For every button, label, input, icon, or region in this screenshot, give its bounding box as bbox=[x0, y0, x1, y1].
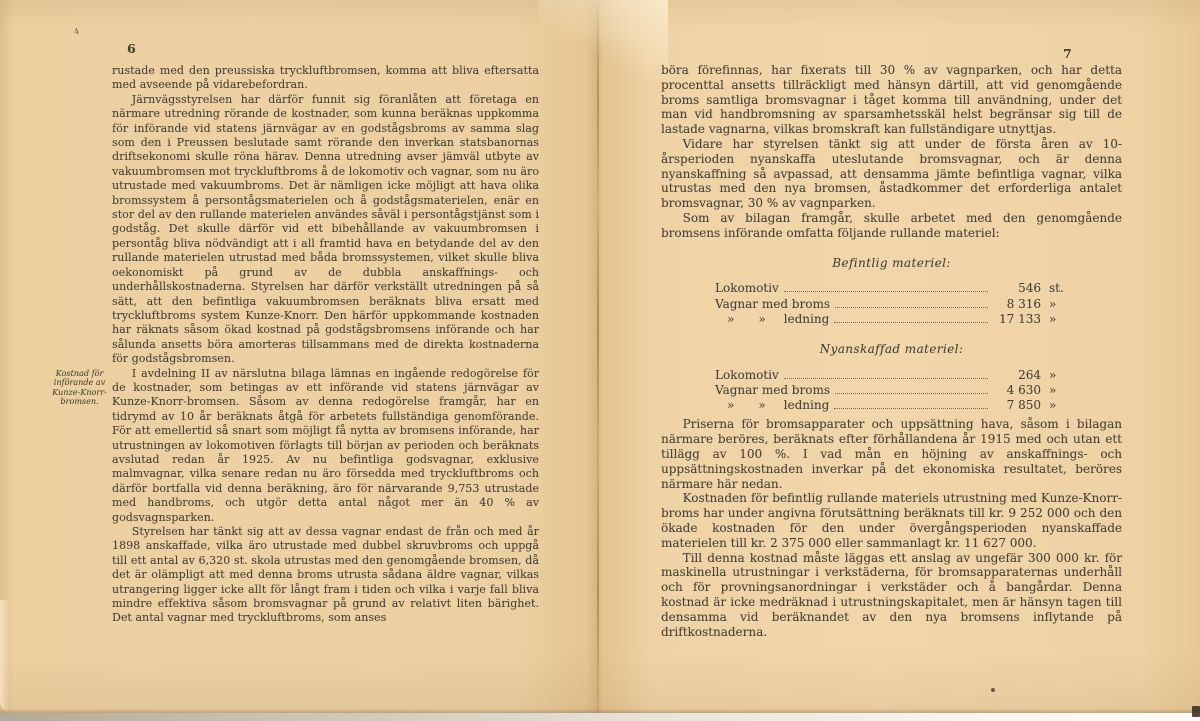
dot-leader bbox=[834, 408, 988, 409]
row-label: » » ledning bbox=[715, 312, 829, 327]
gutter-crease bbox=[597, 0, 599, 721]
table-row: Vagnar med broms 4 630 » bbox=[715, 383, 1071, 398]
page-left-text-column: rustade med den preussiska tryckluftbrom… bbox=[112, 64, 539, 626]
paragraph: Vidare har styrelsen tänkt sig att under… bbox=[661, 137, 1122, 211]
row-value: 264 bbox=[993, 368, 1041, 383]
ink-speck bbox=[991, 688, 995, 692]
paragraph: Som av bilagan framgår, skulle arbetet m… bbox=[661, 211, 1122, 241]
page-edge-highlight bbox=[0, 600, 10, 712]
row-value: 8 316 bbox=[993, 297, 1041, 312]
paragraph: böra förefinnas, har fixerats till 30 % … bbox=[661, 63, 1122, 137]
dot-leader bbox=[784, 291, 988, 292]
page-curl-highlight bbox=[538, 0, 668, 100]
paragraph: Kostnaden för befintlig rullande materie… bbox=[661, 491, 1122, 550]
row-label: Lokomotiv bbox=[715, 368, 779, 383]
row-unit: » bbox=[1049, 312, 1071, 327]
table-row: Vagnar med broms 8 316 » bbox=[715, 297, 1071, 312]
row-label: Lokomotiv bbox=[715, 281, 779, 296]
dot-leader bbox=[835, 393, 988, 394]
margin-note: Kostnad för införande av Kunze-Knorr-bro… bbox=[52, 369, 107, 407]
paragraph-text: I avdelning II av närslutna bilaga lämna… bbox=[112, 367, 539, 524]
row-value: 7 850 bbox=[993, 398, 1041, 413]
pencil-mark: 4 bbox=[73, 27, 80, 37]
table-heading-befintlig: Befintlig materiel: bbox=[661, 256, 1122, 271]
row-label: Vagnar med broms bbox=[715, 297, 830, 312]
table-row: » » ledning 17 133 » bbox=[715, 312, 1071, 327]
paragraph: Styrelsen har tänkt sig att av dessa vag… bbox=[112, 525, 539, 626]
row-unit: st. bbox=[1049, 281, 1071, 296]
book-spread: 4 6 7 rustade med den preussiska trycklu… bbox=[0, 0, 1200, 721]
paragraph: Till denna kostnad måste läggas ett ansl… bbox=[661, 551, 1122, 640]
table-befintlig: Lokomotiv 546 st. Vagnar med broms 8 316… bbox=[715, 281, 1071, 327]
table-nyanskaffad: Lokomotiv 264 » Vagnar med broms 4 630 »… bbox=[715, 368, 1071, 414]
row-unit: » bbox=[1049, 368, 1071, 383]
row-unit: » bbox=[1049, 383, 1071, 398]
paragraph: rustade med den preussiska tryckluftbrom… bbox=[112, 64, 539, 93]
materiel-tables: Befintlig materiel: Lokomotiv 546 st. Va… bbox=[661, 256, 1122, 414]
scan-bottom-edge bbox=[0, 713, 1200, 721]
page-number-left: 6 bbox=[127, 41, 136, 56]
table-row: Lokomotiv 546 st. bbox=[715, 281, 1071, 296]
table-heading-nyanskaffad: Nyanskaffad materiel: bbox=[661, 342, 1122, 357]
dot-leader bbox=[835, 307, 988, 308]
row-unit: » bbox=[1049, 398, 1071, 413]
row-value: 546 bbox=[993, 281, 1041, 296]
table-row: Lokomotiv 264 » bbox=[715, 368, 1071, 383]
table-row: » » ledning 7 850 » bbox=[715, 398, 1071, 413]
page-number-right: 7 bbox=[1063, 46, 1072, 61]
row-value: 17 133 bbox=[993, 312, 1041, 327]
paragraph: Järnvägsstyrelsen har därför funnit sig … bbox=[112, 93, 539, 367]
row-label: » » ledning bbox=[715, 398, 829, 413]
dot-leader bbox=[784, 378, 988, 379]
paragraph: Priserna för bromsapparater och uppsättn… bbox=[661, 417, 1122, 491]
dot-leader bbox=[834, 322, 988, 323]
row-unit: » bbox=[1049, 297, 1071, 312]
page-right-text-column: böra förefinnas, har fixerats till 30 % … bbox=[661, 63, 1122, 639]
scan-corner-mark bbox=[1192, 706, 1200, 717]
paragraph: Kostnad för införande av Kunze-Knorr-bro… bbox=[112, 367, 539, 525]
row-label: Vagnar med broms bbox=[715, 383, 830, 398]
row-value: 4 630 bbox=[993, 383, 1041, 398]
